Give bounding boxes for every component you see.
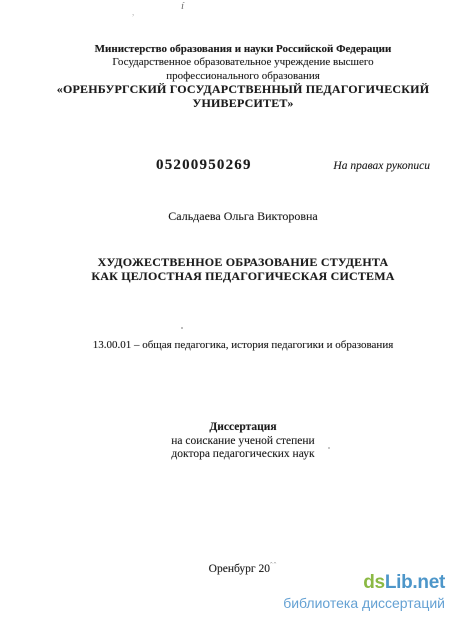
title-line: ХУДОЖЕСТВЕННОЕ ОБРАЗОВАНИЕ СТУДЕНТА	[18, 255, 450, 269]
registration-number: 05200950269	[156, 157, 252, 173]
place-year-text: Оренбург 20	[209, 563, 270, 575]
dslib-subtitle: библиотека диссертаций	[283, 595, 445, 611]
scanned-dissertation-page: , í Министерство образования и науки Рос…	[0, 0, 450, 619]
faded-year-remnant: ˆˆ	[270, 561, 277, 570]
dslib-logo-ds: ds	[363, 572, 385, 593]
ministry-line: Министерство образования и науки Российс…	[18, 43, 450, 56]
author-name: Сальдаева Ольга Викторовна	[18, 209, 450, 224]
specialty-code-line: 13.00.01 – общая педагогика, история пед…	[18, 339, 450, 351]
title-line: КАК ЦЕЛОСТНАЯ ПЕДАГОГИЧЕСКАЯ СИСТЕМА	[18, 269, 450, 283]
scan-artifact-dot	[181, 327, 183, 329]
scan-artifact-slash: í	[181, 0, 184, 12]
dslib-logo[interactable]: dsLib.net	[283, 572, 445, 594]
university-name-line: «ОРЕНБУРГСКИЙ ГОСУДАРСТВЕННЫЙ ПЕДАГОГИЧЕ…	[18, 83, 450, 96]
dissertation-title: ХУДОЖЕСТВЕННОЕ ОБРАЗОВАНИЕ СТУДЕНТА КАК …	[18, 255, 450, 283]
degree-line: на соискание ученой степени	[18, 435, 450, 449]
dslib-watermark: dsLib.net библиотека диссертаций	[283, 572, 445, 611]
scan-artifact-speck: ,	[132, 7, 134, 17]
degree-line: доктора педагогических наук	[18, 448, 450, 462]
dissertation-label: Диссертация	[18, 421, 450, 435]
university-name-line: УНИВЕРСИТЕТ»	[18, 97, 450, 110]
degree-block: Диссертация на соискание ученой степени …	[18, 421, 450, 462]
dslib-logo-libnet: Lib.net	[385, 572, 445, 593]
institution-header: Министерство образования и науки Российс…	[18, 43, 450, 110]
institution-line: Государственное образовательное учрежден…	[18, 56, 450, 69]
manuscript-rights-note: На правах рукописи	[333, 160, 430, 172]
